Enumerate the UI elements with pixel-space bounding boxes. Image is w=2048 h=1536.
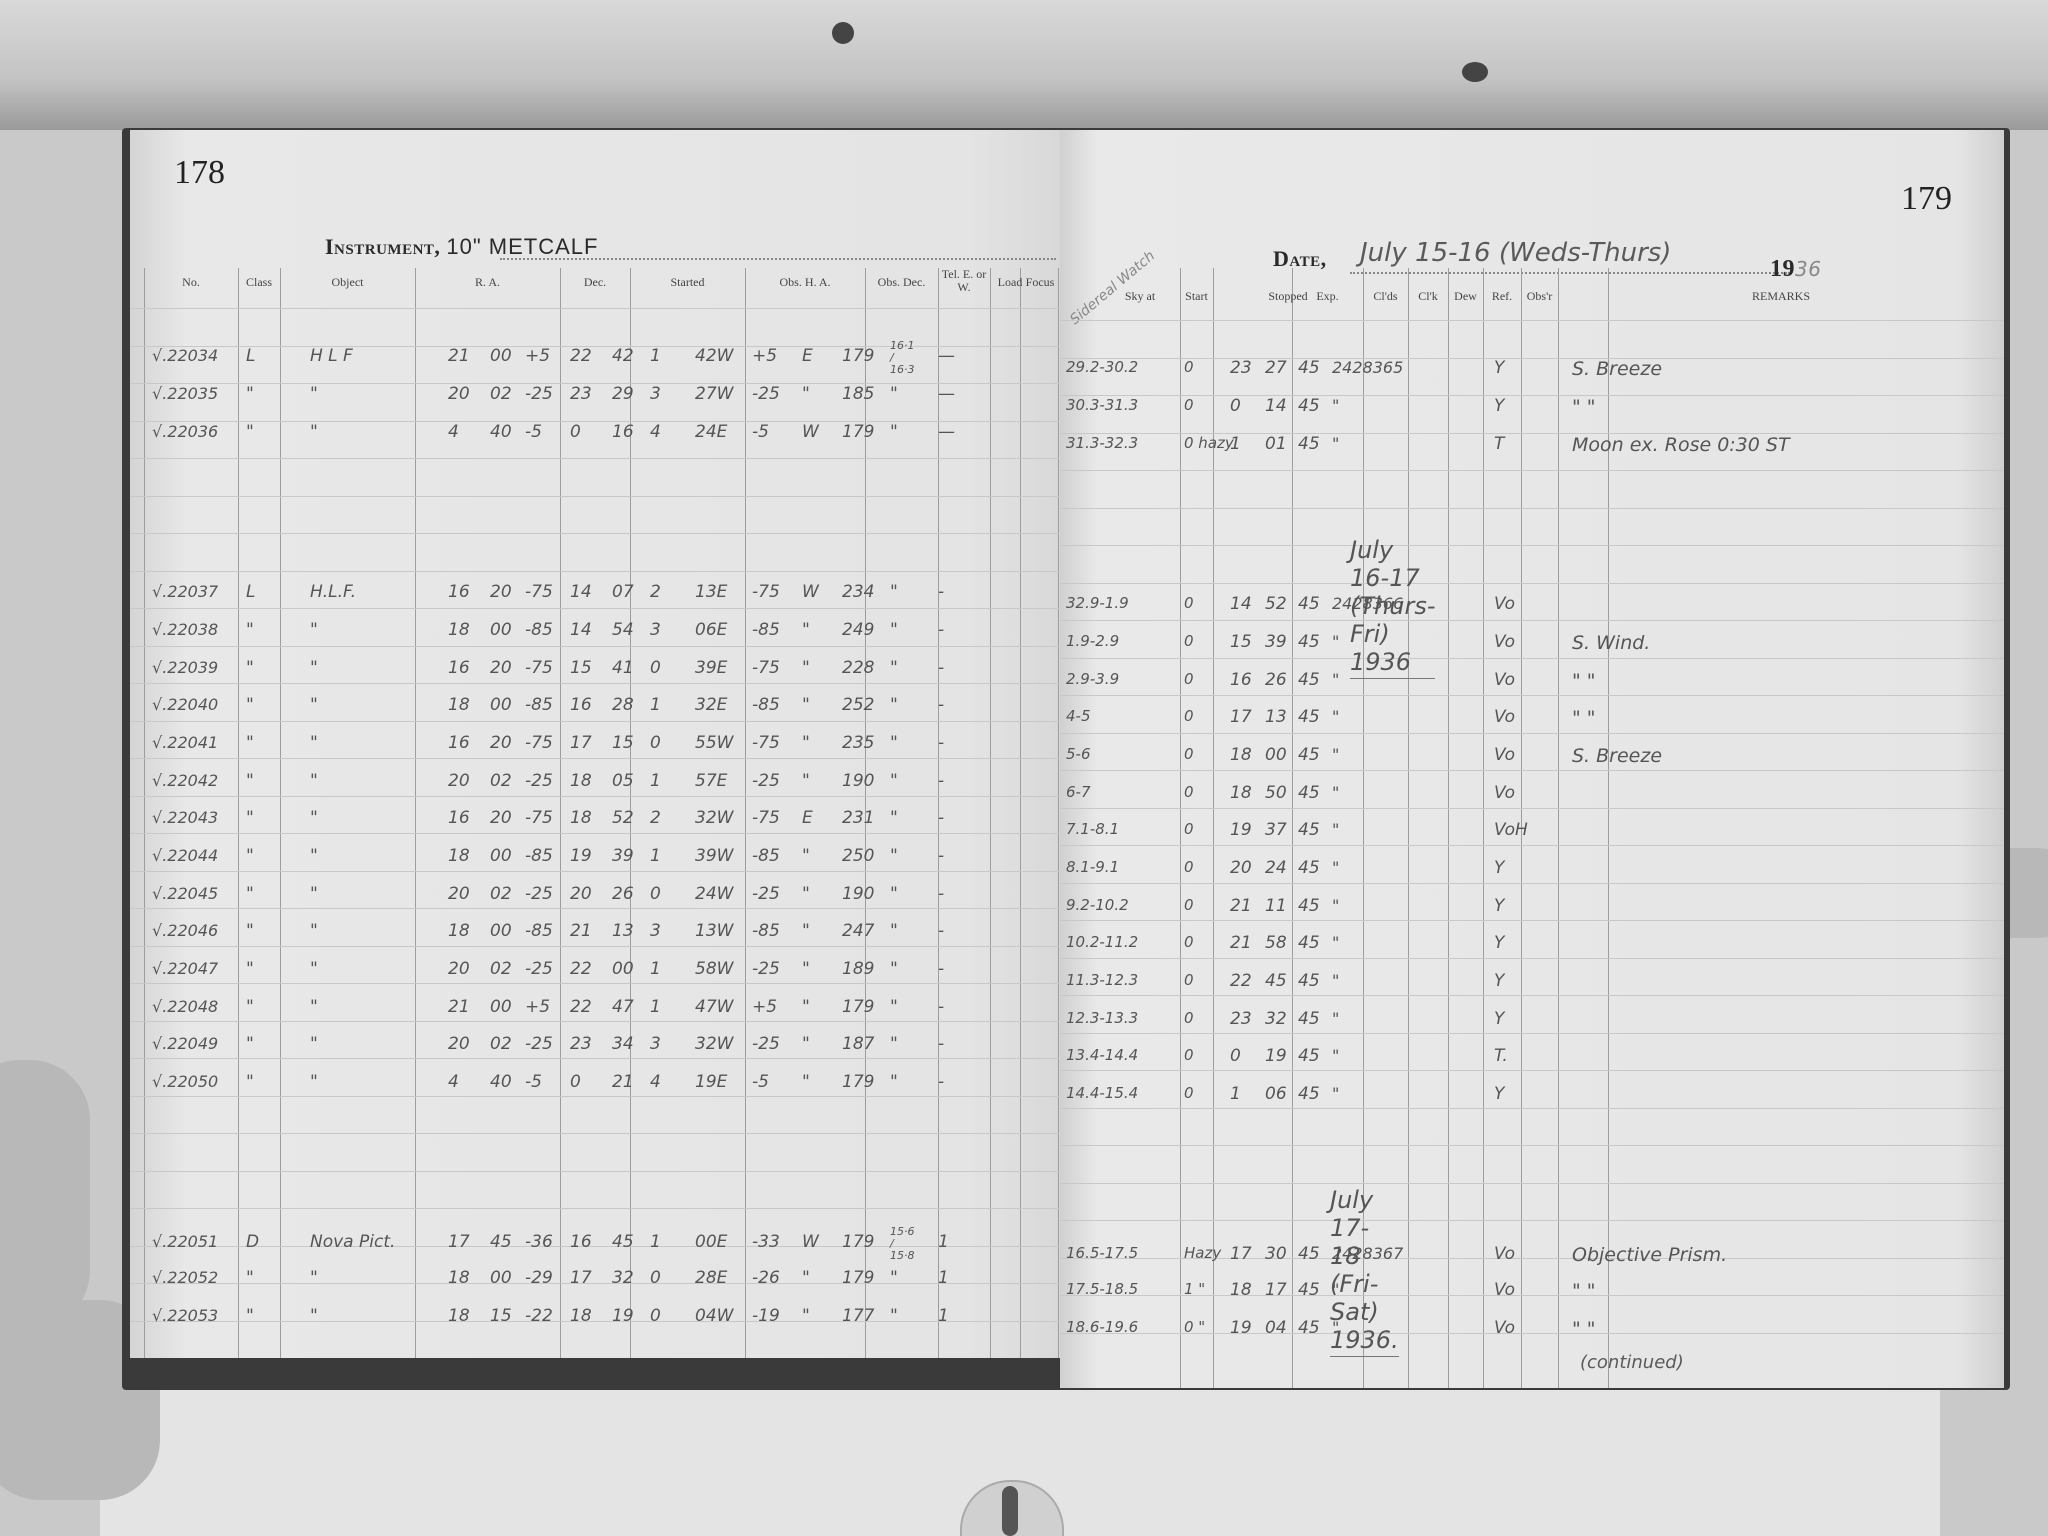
column-header-start: Start (1180, 290, 1213, 303)
column-header-started: Started (630, 276, 745, 289)
cell-class: " (246, 695, 254, 715)
cell-start_m: 54 (612, 620, 634, 640)
cell-sky_start: 0 (1184, 971, 1194, 989)
cell-no: √.22038 (152, 620, 218, 639)
cell-sky_start: 0 (1184, 632, 1194, 650)
cell-load: 179 (842, 1072, 874, 1092)
cell-load: 247 (842, 921, 874, 941)
cell-obsr: Y (1494, 396, 1504, 416)
table-row[interactable]: √.22049""2002-252334332W-25"187"- (130, 1030, 1060, 1066)
cell-load: 234 (842, 582, 874, 602)
cell-obs_dec: -19 (752, 1306, 780, 1326)
cell-start_h: 19 (570, 846, 592, 866)
cell-no: √.22041 (152, 733, 218, 752)
cell-clk: " (1332, 1084, 1339, 1103)
cell-dec: -22 (525, 1306, 553, 1326)
cell-no: √.22046 (152, 921, 218, 940)
cell-obs_dec: -25 (752, 959, 780, 979)
cell-start_h: 22 (570, 997, 592, 1017)
cell-ra_m: 20 (490, 582, 512, 602)
cell-ra_m: 00 (490, 1268, 512, 1288)
cell-sky: 16.5-17.5 (1066, 1244, 1138, 1262)
cell-stop_h: 18 (1230, 745, 1252, 765)
cell-tel: " (802, 733, 810, 753)
cell-remarks: Moon ex. Rose 0:30 ST (1572, 434, 1790, 456)
cell-ra_m: 40 (490, 1072, 512, 1092)
table-row[interactable]: 31.3-32.30 hazy10145"TMoon ex. Rose 0:30… (1060, 430, 2004, 466)
cell-exp: 45 (1298, 1084, 1320, 1104)
cell-prisms: 1 (938, 1306, 949, 1326)
wood-knot (832, 22, 854, 44)
cell-obs_dec: -75 (752, 582, 780, 602)
cell-ra_m: 00 (490, 846, 512, 866)
cell-sky: 1.9-2.9 (1066, 632, 1119, 650)
cell-load: 179 (842, 1268, 874, 1288)
column-header-cl-ds: Cl'ds (1363, 290, 1408, 303)
row-rule (1060, 1183, 2004, 1184)
table-row[interactable]: √.22039""1620-751541039E-75"228"- (130, 654, 1060, 690)
table-row[interactable]: √.22046""1800-852113313W-85"247"- (130, 917, 1060, 953)
cell-focus: 16·1 / 16·3 (890, 340, 920, 376)
cell-start_m: 05 (612, 771, 634, 791)
cell-obs_ha_m: 32W (695, 1034, 733, 1054)
cell-object: " (310, 997, 318, 1017)
cell-focus: " (890, 1306, 898, 1326)
cell-stop_m: 19 (1265, 1046, 1287, 1066)
cell-obsr: Vo (1494, 594, 1515, 614)
cell-sky: 10.2-11.2 (1066, 933, 1138, 951)
cell-clk: " (1332, 933, 1339, 952)
cell-obs_dec: -85 (752, 620, 780, 640)
cell-clk: 2428367 (1332, 1244, 1403, 1263)
cell-obs_ha_m: 13W (695, 921, 733, 941)
cell-stop_m: 17 (1265, 1280, 1287, 1300)
cell-class: L (246, 582, 255, 602)
cell-object: " (310, 959, 318, 979)
cell-obs_dec: -5 (752, 422, 769, 442)
cell-class: " (246, 808, 254, 828)
cell-ra_m: 02 (490, 1034, 512, 1054)
cell-object: " (310, 422, 318, 442)
cell-tel: E (802, 346, 813, 366)
table-row[interactable]: √.22052""1800-291732028E-26"179"1 (130, 1264, 1060, 1300)
cell-exp: 45 (1298, 858, 1320, 878)
cell-no: √.22040 (152, 695, 218, 714)
cell-stop_m: 30 (1265, 1244, 1287, 1264)
cell-dec: -25 (525, 884, 553, 904)
cell-class: " (246, 771, 254, 791)
table-row[interactable]: √.22043""1620-751852232W-75E231"- (130, 804, 1060, 840)
column-header-r-a-: R. A. (415, 276, 560, 289)
cell-tel: " (802, 884, 810, 904)
cell-ra_h: 18 (448, 695, 470, 715)
cell-start_m: 13 (612, 921, 634, 941)
column-header-dec-: Dec. (560, 276, 630, 289)
cell-load: 190 (842, 771, 874, 791)
cell-obs_ha_h: 0 (650, 884, 661, 904)
cell-obs_dec: -33 (752, 1232, 780, 1252)
cell-dec: -5 (525, 422, 542, 442)
row-rule (1060, 320, 2004, 321)
cell-obs_dec: -25 (752, 1034, 780, 1054)
cell-obsr: Y (1494, 1084, 1504, 1104)
cell-stop_m: 27 (1265, 358, 1287, 378)
cell-sky_start: 0 (1184, 707, 1194, 725)
table-row[interactable]: √.22051DNova Pict.1745-361645100E-33W179… (130, 1228, 1060, 1264)
table-row[interactable]: √.22038""1800-851454306E-85"249"- (130, 616, 1060, 652)
cell-obs_ha_m: 32E (695, 695, 727, 715)
cell-stop_h: 18 (1230, 783, 1252, 803)
cell-start_h: 23 (570, 384, 592, 404)
cell-stop_m: 11 (1265, 896, 1287, 916)
cell-dec: -25 (525, 959, 553, 979)
cell-sky_start: 0 " (1184, 1318, 1205, 1336)
cell-dec: -75 (525, 733, 553, 753)
cell-object: " (310, 1306, 318, 1326)
cell-ra_m: 00 (490, 997, 512, 1017)
cell-ra_m: 02 (490, 384, 512, 404)
cell-obs_ha_h: 0 (650, 733, 661, 753)
cell-start_h: 14 (570, 620, 592, 640)
table-row[interactable]: √.22034LH L F2100+52242142W+5E17916·1 / … (130, 342, 1060, 378)
cell-clk: " (1332, 1009, 1339, 1028)
cell-sky_start: 0 (1184, 358, 1194, 376)
cell-obsr: Vo (1494, 1244, 1515, 1264)
table-row[interactable]: 8.1-9.10202445"Y (1060, 854, 2004, 890)
column-header-focus: Focus (1020, 276, 1060, 289)
cell-tel: " (802, 921, 810, 941)
cell-obs_ha_h: 1 (650, 695, 661, 715)
cell-obsr: Vo (1494, 632, 1515, 652)
cell-dec: -25 (525, 771, 553, 791)
cell-start_m: 34 (612, 1034, 634, 1054)
cell-object: " (310, 846, 318, 866)
cell-tel: " (802, 1268, 810, 1288)
cell-sky_start: 0 (1184, 745, 1194, 763)
cell-prisms: - (938, 1034, 944, 1054)
cell-no: √.22052 (152, 1268, 218, 1287)
column-header-dew: Dew (1448, 290, 1483, 303)
table-row[interactable]: √.22035""2002-252329327W-25"185"— (130, 380, 1060, 416)
cell-object: Nova Pict. (310, 1232, 395, 1252)
column-header-no-: No. (144, 276, 238, 289)
cell-load: 235 (842, 733, 874, 753)
cell-stop_h: 19 (1230, 820, 1252, 840)
row-rule (130, 1133, 1060, 1134)
cell-focus: " (890, 620, 898, 640)
cell-stop_h: 16 (1230, 670, 1252, 690)
cell-obs_dec: -85 (752, 921, 780, 941)
table-row[interactable]: 11.3-12.30224545"Y (1060, 967, 2004, 1003)
cell-obsr: Y (1494, 358, 1504, 378)
cell-start_m: 16 (612, 422, 634, 442)
cell-dec: -75 (525, 582, 553, 602)
cell-tel: " (802, 1072, 810, 1092)
cell-dec: -5 (525, 1072, 542, 1092)
cell-load: 190 (842, 884, 874, 904)
table-row[interactable]: √.22042""2002-251805157E-25"190"- (130, 767, 1060, 803)
cell-remarks: " " (1572, 1280, 1596, 1302)
cell-tel: E (802, 808, 813, 828)
cell-obs_dec: -5 (752, 1072, 769, 1092)
table-row[interactable]: 32.9-1.901452452428366Vo (1060, 590, 2004, 626)
cell-obs_ha_m: 39E (695, 658, 727, 678)
table-row[interactable]: 9.2-10.20211145"Y (1060, 892, 2004, 928)
table-row[interactable]: 5-60180045"VoS. Breeze (1060, 741, 2004, 777)
page-number: 179 (1901, 180, 1952, 218)
cell-clk: " (1332, 1318, 1339, 1337)
cell-obsr: Vo (1494, 1280, 1515, 1300)
table-row[interactable]: √.22037LH.L.F.1620-751407213E-75W234"- (130, 578, 1060, 614)
table-row[interactable]: 4-50171345"Vo" " (1060, 703, 2004, 739)
cell-prisms: — (938, 384, 955, 404)
cell-clk: " (1332, 396, 1339, 415)
cell-start_h: 0 (570, 1072, 581, 1092)
table-row[interactable]: √.22053""1815-221819004W-19"177"1 (130, 1302, 1060, 1338)
cell-obs_ha_h: 4 (650, 1072, 661, 1092)
cell-ra_h: 21 (448, 346, 470, 366)
row-rule (130, 308, 1060, 309)
cell-ra_h: 20 (448, 384, 470, 404)
table-row[interactable]: √.22041""1620-751715055W-75"235"- (130, 729, 1060, 765)
cell-obsr: Y (1494, 1009, 1504, 1029)
cell-stop_h: 20 (1230, 858, 1252, 878)
cell-ra_m: 02 (490, 771, 512, 791)
cell-ra_h: 18 (448, 846, 470, 866)
cell-load: 189 (842, 959, 874, 979)
cell-start_h: 18 (570, 771, 592, 791)
cell-exp: 45 (1298, 1046, 1320, 1066)
cell-class: " (246, 921, 254, 941)
cell-stop_h: 23 (1230, 1009, 1252, 1029)
cell-start_m: 19 (612, 1306, 634, 1326)
cell-obs_ha_m: 32W (695, 808, 733, 828)
cell-obs_dec: -85 (752, 695, 780, 715)
cell-start_m: 32 (612, 1268, 634, 1288)
row-rule (130, 496, 1060, 497)
cell-clk: " (1332, 632, 1339, 651)
cell-sky: 30.3-31.3 (1066, 396, 1138, 414)
cell-start_h: 18 (570, 808, 592, 828)
cell-prisms: - (938, 771, 944, 791)
cell-focus: " (890, 846, 898, 866)
table-row[interactable]: 30.3-31.3001445"Y" " (1060, 392, 2004, 428)
cell-obs_ha_h: 0 (650, 658, 661, 678)
cell-load: 177 (842, 1306, 874, 1326)
cell-start_m: 21 (612, 1072, 634, 1092)
table-row[interactable]: 7.1-8.10193745"VoH (1060, 816, 2004, 852)
cell-stop_m: 13 (1265, 707, 1287, 727)
cell-sky: 32.9-1.9 (1066, 594, 1129, 612)
cell-clk: " (1332, 670, 1339, 689)
cell-sky: 2.9-3.9 (1066, 670, 1119, 688)
cell-focus: " (890, 1034, 898, 1054)
instrument-label: Instrument, 10" METCALF (325, 234, 598, 260)
cell-remarks: S. Breeze (1572, 745, 1662, 767)
table-row[interactable]: 17.5-18.51 "181745"Vo" " (1060, 1276, 2004, 1312)
cell-ra_h: 20 (448, 884, 470, 904)
cell-class: D (246, 1232, 259, 1252)
cell-clk: " (1332, 896, 1339, 915)
cell-obs_ha_m: 39W (695, 846, 733, 866)
cell-tel: " (802, 620, 810, 640)
cell-obs_ha_h: 1 (650, 346, 661, 366)
cell-load: 187 (842, 1034, 874, 1054)
cell-dec: -25 (525, 1034, 553, 1054)
row-rule (130, 1208, 1060, 1209)
cell-obs_ha_m: 04W (695, 1306, 733, 1326)
table-row[interactable]: 1.9-2.90153945"VoS. Wind. (1060, 628, 2004, 664)
cell-class: " (246, 846, 254, 866)
table-row[interactable]: √.22047""2002-252200158W-25"189"- (130, 955, 1060, 991)
cell-obs_dec: -25 (752, 884, 780, 904)
cell-sky_start: 0 (1184, 1084, 1194, 1102)
cell-obs_ha_m: 42W (695, 346, 733, 366)
cell-prisms: - (938, 959, 944, 979)
date-label: Date, (1273, 246, 1327, 272)
cell-ra_h: 18 (448, 1306, 470, 1326)
cell-class: " (246, 658, 254, 678)
table-row[interactable]: 2.9-3.90162645"Vo" " (1060, 666, 2004, 702)
cell-obs_ha_m: 58W (695, 959, 733, 979)
cell-sky: 31.3-32.3 (1066, 434, 1138, 452)
table-row[interactable]: 29.2-30.202327452428365YS. Breeze (1060, 354, 2004, 390)
cell-class: " (246, 997, 254, 1017)
cell-obs_ha_h: 3 (650, 921, 661, 941)
cell-load: 179 (842, 422, 874, 442)
cell-start_m: 07 (612, 582, 634, 602)
table-row[interactable]: 14.4-15.4010645"Y (1060, 1080, 2004, 1116)
table-row[interactable]: 18.6-19.60 "190445"Vo" " (1060, 1314, 2004, 1350)
cell-ra_h: 20 (448, 1034, 470, 1054)
cell-prisms: - (938, 921, 944, 941)
table-row[interactable]: 12.3-13.30233245"Y (1060, 1005, 2004, 1041)
cell-sky: 6-7 (1066, 783, 1091, 801)
cell-obsr: Y (1494, 933, 1504, 953)
cell-class: " (246, 1306, 254, 1326)
cell-prisms: - (938, 582, 944, 602)
cell-tel: " (802, 658, 810, 678)
cell-exp: 45 (1298, 933, 1320, 953)
cell-no: √.22050 (152, 1072, 218, 1091)
cell-stop_h: 0 (1230, 396, 1241, 416)
cell-obs_ha_m: 19E (695, 1072, 727, 1092)
wood-knot (1462, 62, 1488, 82)
table-row[interactable]: 10.2-11.20215845"Y (1060, 929, 2004, 965)
cell-obs_ha_m: 28E (695, 1268, 727, 1288)
cell-start_h: 15 (570, 658, 592, 678)
cell-exp: 45 (1298, 358, 1320, 378)
cell-tel: " (802, 1034, 810, 1054)
cell-obsr: Y (1494, 896, 1504, 916)
cell-prisms: - (938, 620, 944, 640)
cell-dec: -85 (525, 695, 553, 715)
cell-start_m: 47 (612, 997, 634, 1017)
cell-prisms: 1 (938, 1232, 949, 1252)
cell-start_m: 41 (612, 658, 634, 678)
cell-dec: +5 (525, 997, 550, 1017)
cell-stop_m: 39 (1265, 632, 1287, 652)
cell-clk: " (1332, 434, 1339, 453)
cell-exp: 45 (1298, 783, 1320, 803)
cell-stop_m: 00 (1265, 745, 1287, 765)
cell-exp: 45 (1298, 896, 1320, 916)
cell-obsr: VoH (1494, 820, 1528, 840)
cell-tel: " (802, 1306, 810, 1326)
cell-focus: " (890, 808, 898, 828)
table-row[interactable]: √.22045""2002-252026024W-25"190"- (130, 880, 1060, 916)
table-row[interactable]: 16.5-17.5Hazy1730452428367VoObjective Pr… (1060, 1240, 2004, 1276)
cell-remarks: Objective Prism. (1572, 1244, 1727, 1266)
cell-stop_m: 37 (1265, 820, 1287, 840)
table-row[interactable]: √.22040""1800-851628132E-85"252"- (130, 691, 1060, 727)
row-rule (1060, 545, 2004, 546)
cell-start_h: 21 (570, 921, 592, 941)
cell-dec: -85 (525, 921, 553, 941)
cell-clk: " (1332, 1280, 1339, 1299)
cell-focus: " (890, 733, 898, 753)
cell-prisms: 1 (938, 1268, 949, 1288)
cell-start_m: 42 (612, 346, 634, 366)
cell-stop_h: 17 (1230, 1244, 1252, 1264)
cell-no: √.22042 (152, 771, 218, 790)
right-page: 179 Date, July 15-16 (Weds-Thurs) 1936 S… (1060, 130, 2004, 1388)
cell-class: " (246, 384, 254, 404)
cell-no: √.22051 (152, 1232, 218, 1251)
cell-sky_start: 0 (1184, 933, 1194, 951)
table-row[interactable]: 6-70185045"Vo (1060, 779, 2004, 815)
cell-sky_start: 0 (1184, 858, 1194, 876)
cell-sky: 13.4-14.4 (1066, 1046, 1138, 1064)
cell-exp: 45 (1298, 1280, 1320, 1300)
cell-start_m: 28 (612, 695, 634, 715)
cell-ra_h: 18 (448, 1268, 470, 1288)
cell-class: " (246, 959, 254, 979)
cell-obs_ha_m: 27W (695, 384, 733, 404)
cell-dec: -75 (525, 658, 553, 678)
table-row[interactable]: √.22044""1800-851939139W-85"250"- (130, 842, 1060, 878)
table-row[interactable]: 13.4-14.4001945"T. (1060, 1042, 2004, 1078)
cell-sky: 9.2-10.2 (1066, 896, 1129, 914)
cell-object: " (310, 695, 318, 715)
cell-sky_start: 0 hazy (1184, 434, 1234, 452)
table-row[interactable]: √.22048""2100+52247147W+5"179"- (130, 993, 1060, 1029)
column-header-obs-h-a-: Obs. H. A. (745, 276, 865, 289)
row-rule (1060, 583, 2004, 584)
cell-tel: " (802, 384, 810, 404)
cell-ra_m: 20 (490, 658, 512, 678)
cell-tel: " (802, 695, 810, 715)
row-rule (1060, 470, 2004, 471)
cell-obsr: Vo (1494, 707, 1515, 727)
cell-tel: " (802, 846, 810, 866)
cell-obs_dec: -25 (752, 771, 780, 791)
cell-obs_ha_m: 24W (695, 884, 733, 904)
cell-start_h: 16 (570, 695, 592, 715)
column-header-tel-e-or-w-: Tel. E. or W. (938, 268, 990, 294)
cell-start_m: 45 (612, 1232, 634, 1252)
cell-class: " (246, 733, 254, 753)
cell-stop_m: 45 (1265, 971, 1287, 991)
cell-dec: -75 (525, 808, 553, 828)
row-rule (130, 571, 1060, 572)
table-row[interactable]: √.22050""440-5021419E-5"179"- (130, 1068, 1060, 1104)
column-header-remarks: REMARKS (1558, 290, 2004, 303)
cell-class: " (246, 422, 254, 442)
cell-obs_ha_m: 13E (695, 582, 727, 602)
table-row[interactable]: √.22036""440-5016424E-5W179"— (130, 418, 1060, 454)
cell-sky: 18.6-19.6 (1066, 1318, 1138, 1336)
